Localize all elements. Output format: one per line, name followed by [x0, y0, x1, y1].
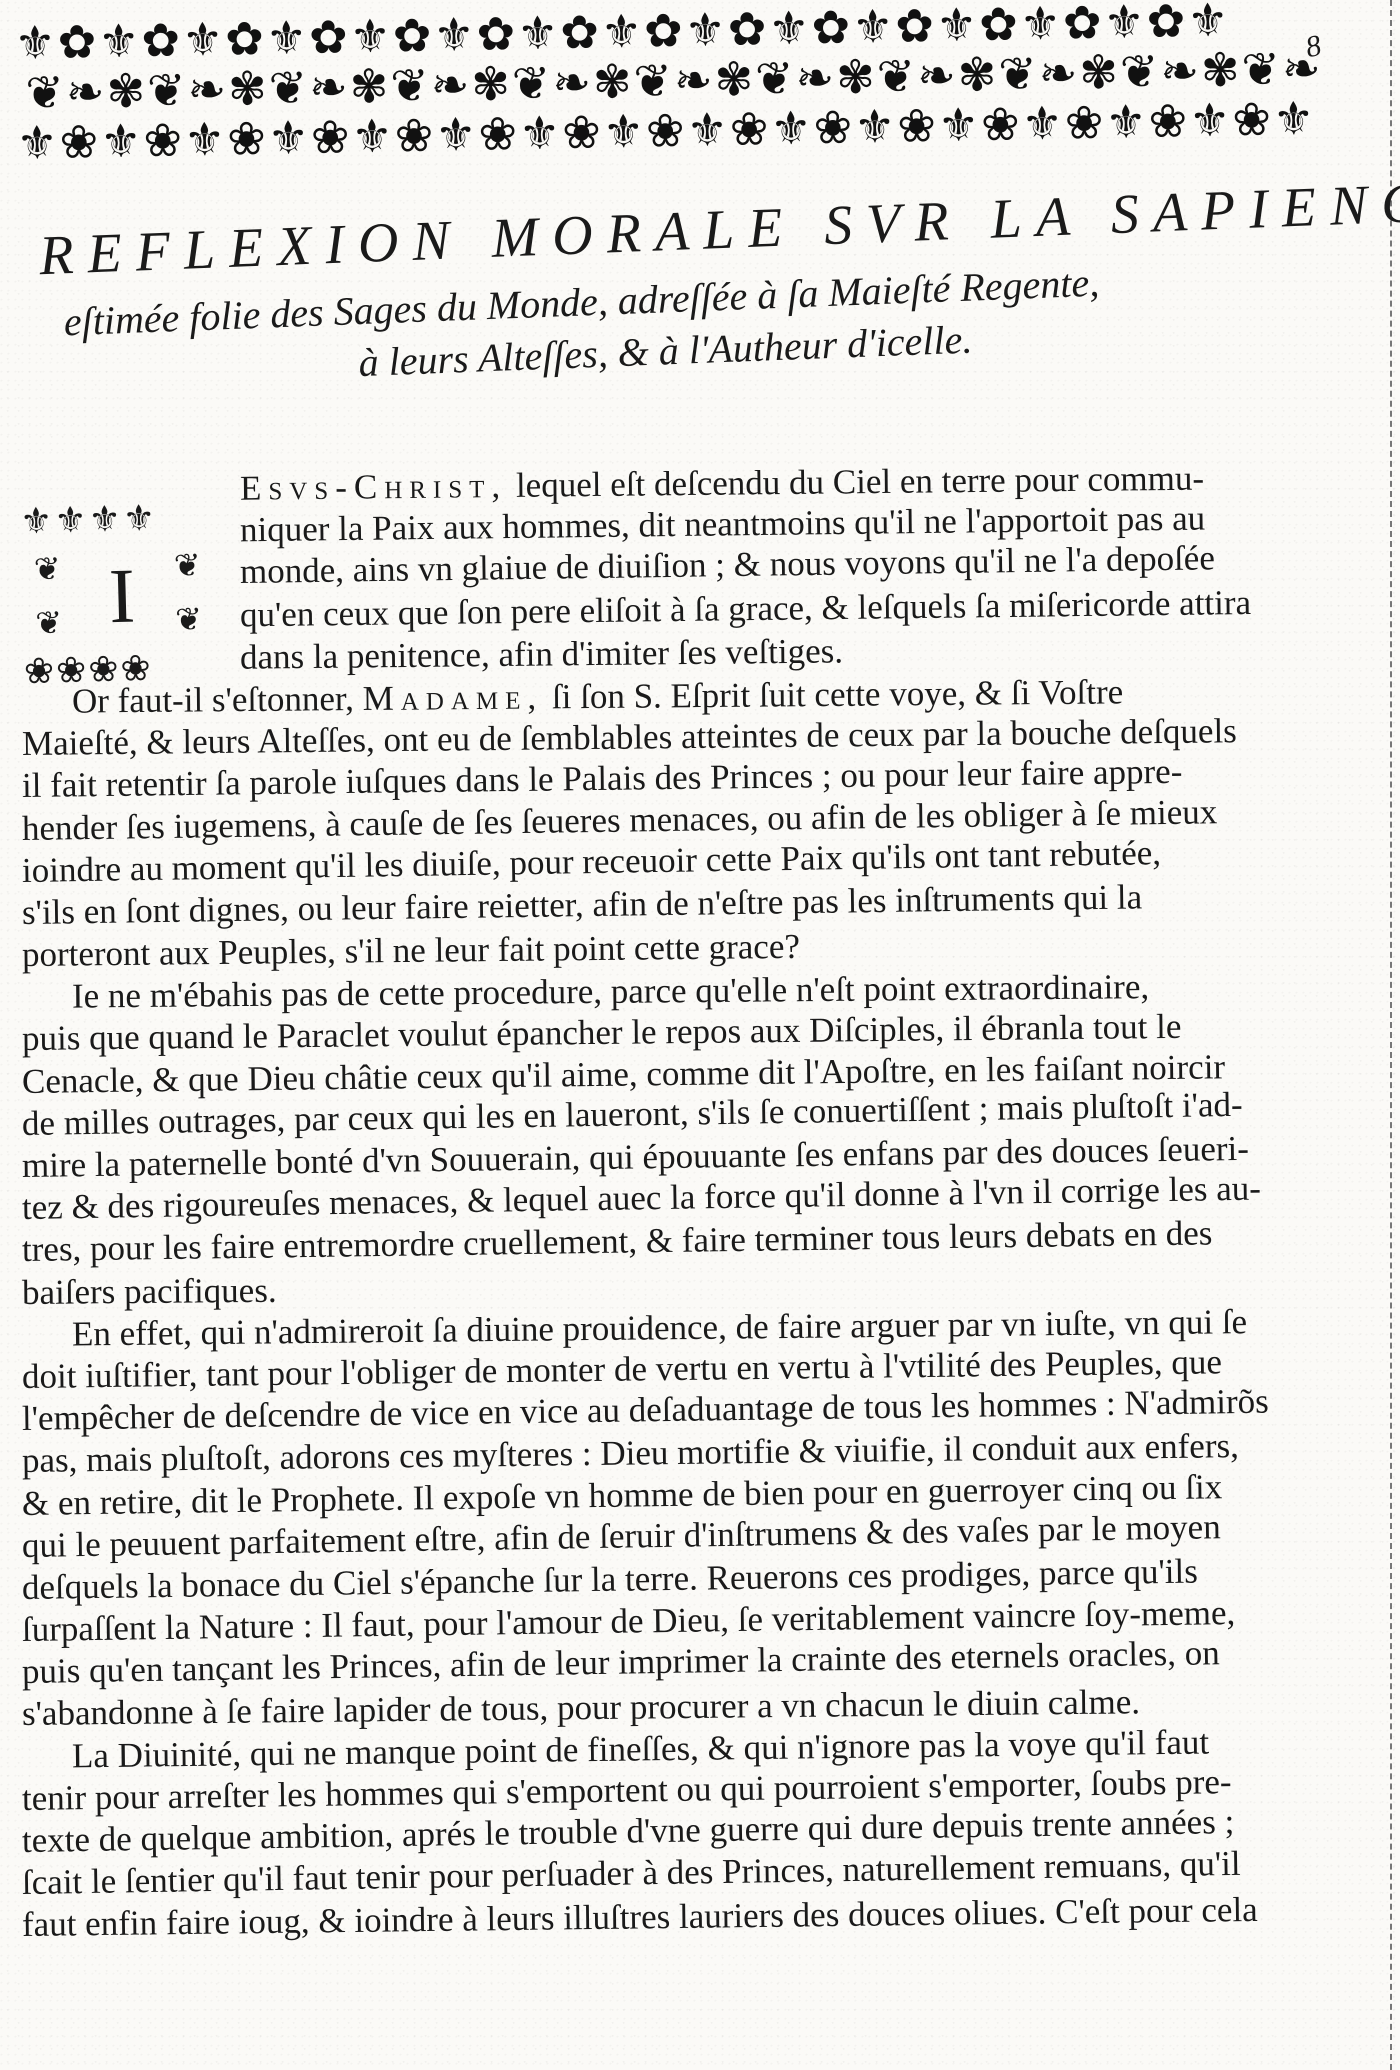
- text-run: Or faut-il s'eſtonner,: [72, 679, 363, 721]
- document-page: ⚜✿⚜✿⚜✿⚜✿⚜✿⚜✿⚜✿⚜✿⚜✿⚜✿⚜✿⚜✿⚜✿⚜✿⚜ ❦❧✾❦❧✾❦❧✾❦…: [0, 0, 1400, 2070]
- small-caps-text: Esvs-Christ,: [240, 466, 508, 508]
- page-edge: [1390, 0, 1400, 2070]
- body-text: Esvs-Christ, lequel eſt deſcendu du Ciel…: [22, 470, 1362, 1947]
- small-caps-text: Madame,: [362, 677, 543, 718]
- text-run: ſi ſon S. Eſprit ſuit cette voye, & ſi V…: [543, 672, 1123, 716]
